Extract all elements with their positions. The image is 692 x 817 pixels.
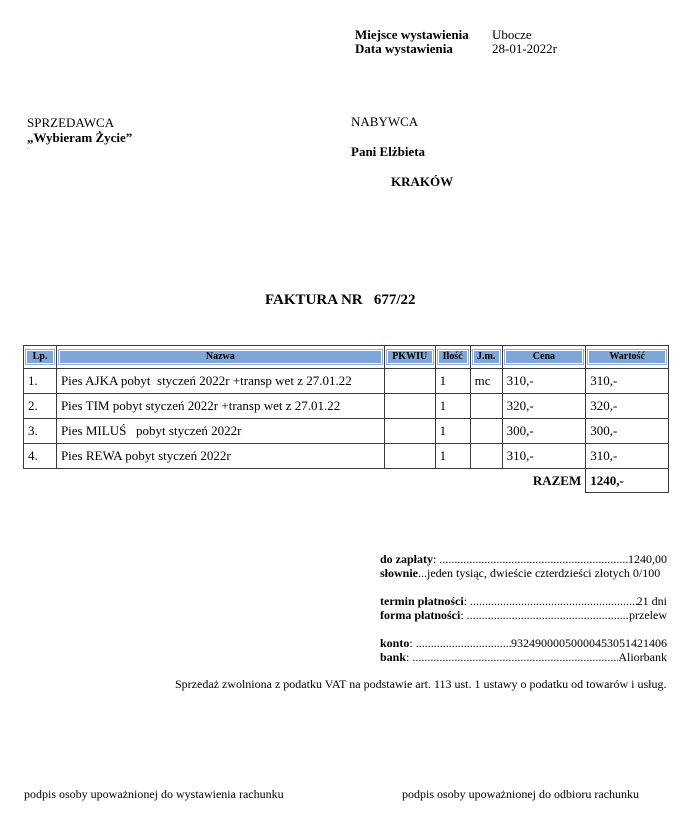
table-header-row: Lp. Nazwa PKWIU Ilość J.m. Cena Wartość	[24, 346, 669, 369]
header-pkwiu: PKWIU	[384, 346, 435, 369]
date-row: Data wystawienia 28-01-2022r	[355, 42, 557, 56]
header-value: Wartość	[586, 346, 669, 369]
account-line: konto: .................................…	[380, 636, 667, 650]
cell-value: 300,-	[586, 419, 669, 444]
term-label: termin płatności	[380, 594, 464, 608]
cell-lp: 3.	[24, 419, 57, 444]
place-row: Miejsce wystawienia Ubocze	[355, 28, 557, 42]
dot-leader: ........................................…	[470, 594, 637, 608]
due-label: do zapłaty	[380, 552, 433, 566]
header-qty: Ilość	[435, 346, 470, 369]
cell-qty: 1	[435, 419, 470, 444]
vat-exemption-note: Sprzedaż zwolniona z podatku VAT na pods…	[175, 677, 666, 692]
cell-unit	[470, 444, 502, 469]
seller-extra: .	[27, 145, 132, 151]
cell-price: 310,-	[502, 369, 586, 394]
total-row: RAZEM 1240,-	[24, 469, 669, 493]
account-value: 93249000050000453051421406	[511, 636, 667, 650]
date-label: Data wystawienia	[355, 42, 492, 56]
header-price: Cena	[502, 346, 586, 369]
total-label: RAZEM	[24, 469, 586, 493]
cell-price: 320,-	[502, 394, 586, 419]
buyer-name: Pani Elżbieta	[351, 144, 425, 160]
cell-value: 320,-	[586, 394, 669, 419]
cell-name: Pies MILUŚ pobyt styczeń 2022r	[56, 419, 384, 444]
cell-value: 310,-	[586, 369, 669, 394]
date-value: 28-01-2022r	[492, 42, 557, 56]
seller-block: SPRZEDAWCA „Wybieram Życie” .	[27, 115, 132, 151]
table-row: 4. Pies REWA pobyt styczeń 2022r 1 310,-…	[24, 444, 669, 469]
cell-unit	[470, 419, 502, 444]
buyer-city: KRAKÓW	[391, 174, 453, 190]
header-lp: Lp.	[24, 346, 57, 369]
words-value: ...jeden tysiąc, dwieście czterdzieści z…	[418, 566, 660, 580]
table-row: 1. Pies AJKA pobyt styczeń 2022r +transp…	[24, 369, 669, 394]
cell-name: Pies AJKA pobyt styczeń 2022r +transp we…	[56, 369, 384, 394]
method-value: przelew	[629, 608, 667, 622]
total-value: 1240,-	[586, 469, 669, 493]
due-line: do zapłaty: ............................…	[380, 552, 667, 566]
term-value: 21 dni	[637, 594, 667, 608]
header-unit: J.m.	[470, 346, 502, 369]
cell-name: Pies REWA pobyt styczeń 2022r	[56, 444, 384, 469]
place-value: Ubocze	[492, 28, 532, 42]
bank-value: Aliorbank	[618, 650, 667, 664]
cell-lp: 1.	[24, 369, 57, 394]
dot-leader: ........................................…	[467, 608, 629, 622]
cell-qty: 1	[435, 369, 470, 394]
header-name: Nazwa	[56, 346, 384, 369]
words-line: słownie ...jeden tysiąc, dwieście czterd…	[380, 566, 667, 580]
cell-pkwiu	[384, 394, 435, 419]
items-table: Lp. Nazwa PKWIU Ilość J.m. Cena Wartość …	[23, 345, 669, 493]
bank-label: bank	[380, 650, 406, 664]
cell-qty: 1	[435, 394, 470, 419]
seller-name: „Wybieram Życie”	[27, 130, 132, 145]
cell-pkwiu	[384, 444, 435, 469]
cell-pkwiu	[384, 369, 435, 394]
cell-price: 300,-	[502, 419, 586, 444]
cell-lp: 2.	[24, 394, 57, 419]
table-row: 3. Pies MILUŚ pobyt styczeń 2022r 1 300,…	[24, 419, 669, 444]
seller-label: SPRZEDAWCA	[27, 115, 132, 130]
issuer-signature-label: podpis osoby upoważnionej do wystawienia…	[24, 787, 284, 802]
cell-price: 310,-	[502, 444, 586, 469]
bank-line: bank: ..................................…	[380, 650, 667, 664]
table-row: 2. Pies TIM pobyt styczeń 2022r +transp …	[24, 394, 669, 419]
cell-unit	[470, 394, 502, 419]
cell-unit: mc	[470, 369, 502, 394]
buyer-label: NABYWCA	[351, 114, 418, 130]
invoice-title: FAKTURA NR 677/22	[265, 292, 416, 309]
place-label: Miejsce wystawienia	[355, 28, 492, 42]
due-value: 1240,00	[628, 552, 667, 566]
cell-pkwiu	[384, 419, 435, 444]
method-label: forma płatności	[380, 608, 460, 622]
term-line: termin płatności: ......................…	[380, 594, 667, 608]
cell-qty: 1	[435, 444, 470, 469]
cell-lp: 4.	[24, 444, 57, 469]
cell-name: Pies TIM pobyt styczeń 2022r +transp wet…	[56, 394, 384, 419]
words-label: słownie	[380, 566, 418, 580]
account-label: konto	[380, 636, 409, 650]
payment-block: do zapłaty: ............................…	[380, 552, 667, 664]
dot-leader: ........................................…	[439, 552, 628, 566]
cell-value: 310,-	[586, 444, 669, 469]
receiver-signature-label: podpis osoby upoważnionej do odbioru rac…	[402, 787, 639, 802]
issue-meta: Miejsce wystawienia Ubocze Data wystawie…	[355, 28, 557, 56]
method-line: forma płatności: .......................…	[380, 608, 667, 622]
dot-leader: ........................................…	[412, 650, 618, 664]
dot-leader: ........................................…	[416, 636, 511, 650]
